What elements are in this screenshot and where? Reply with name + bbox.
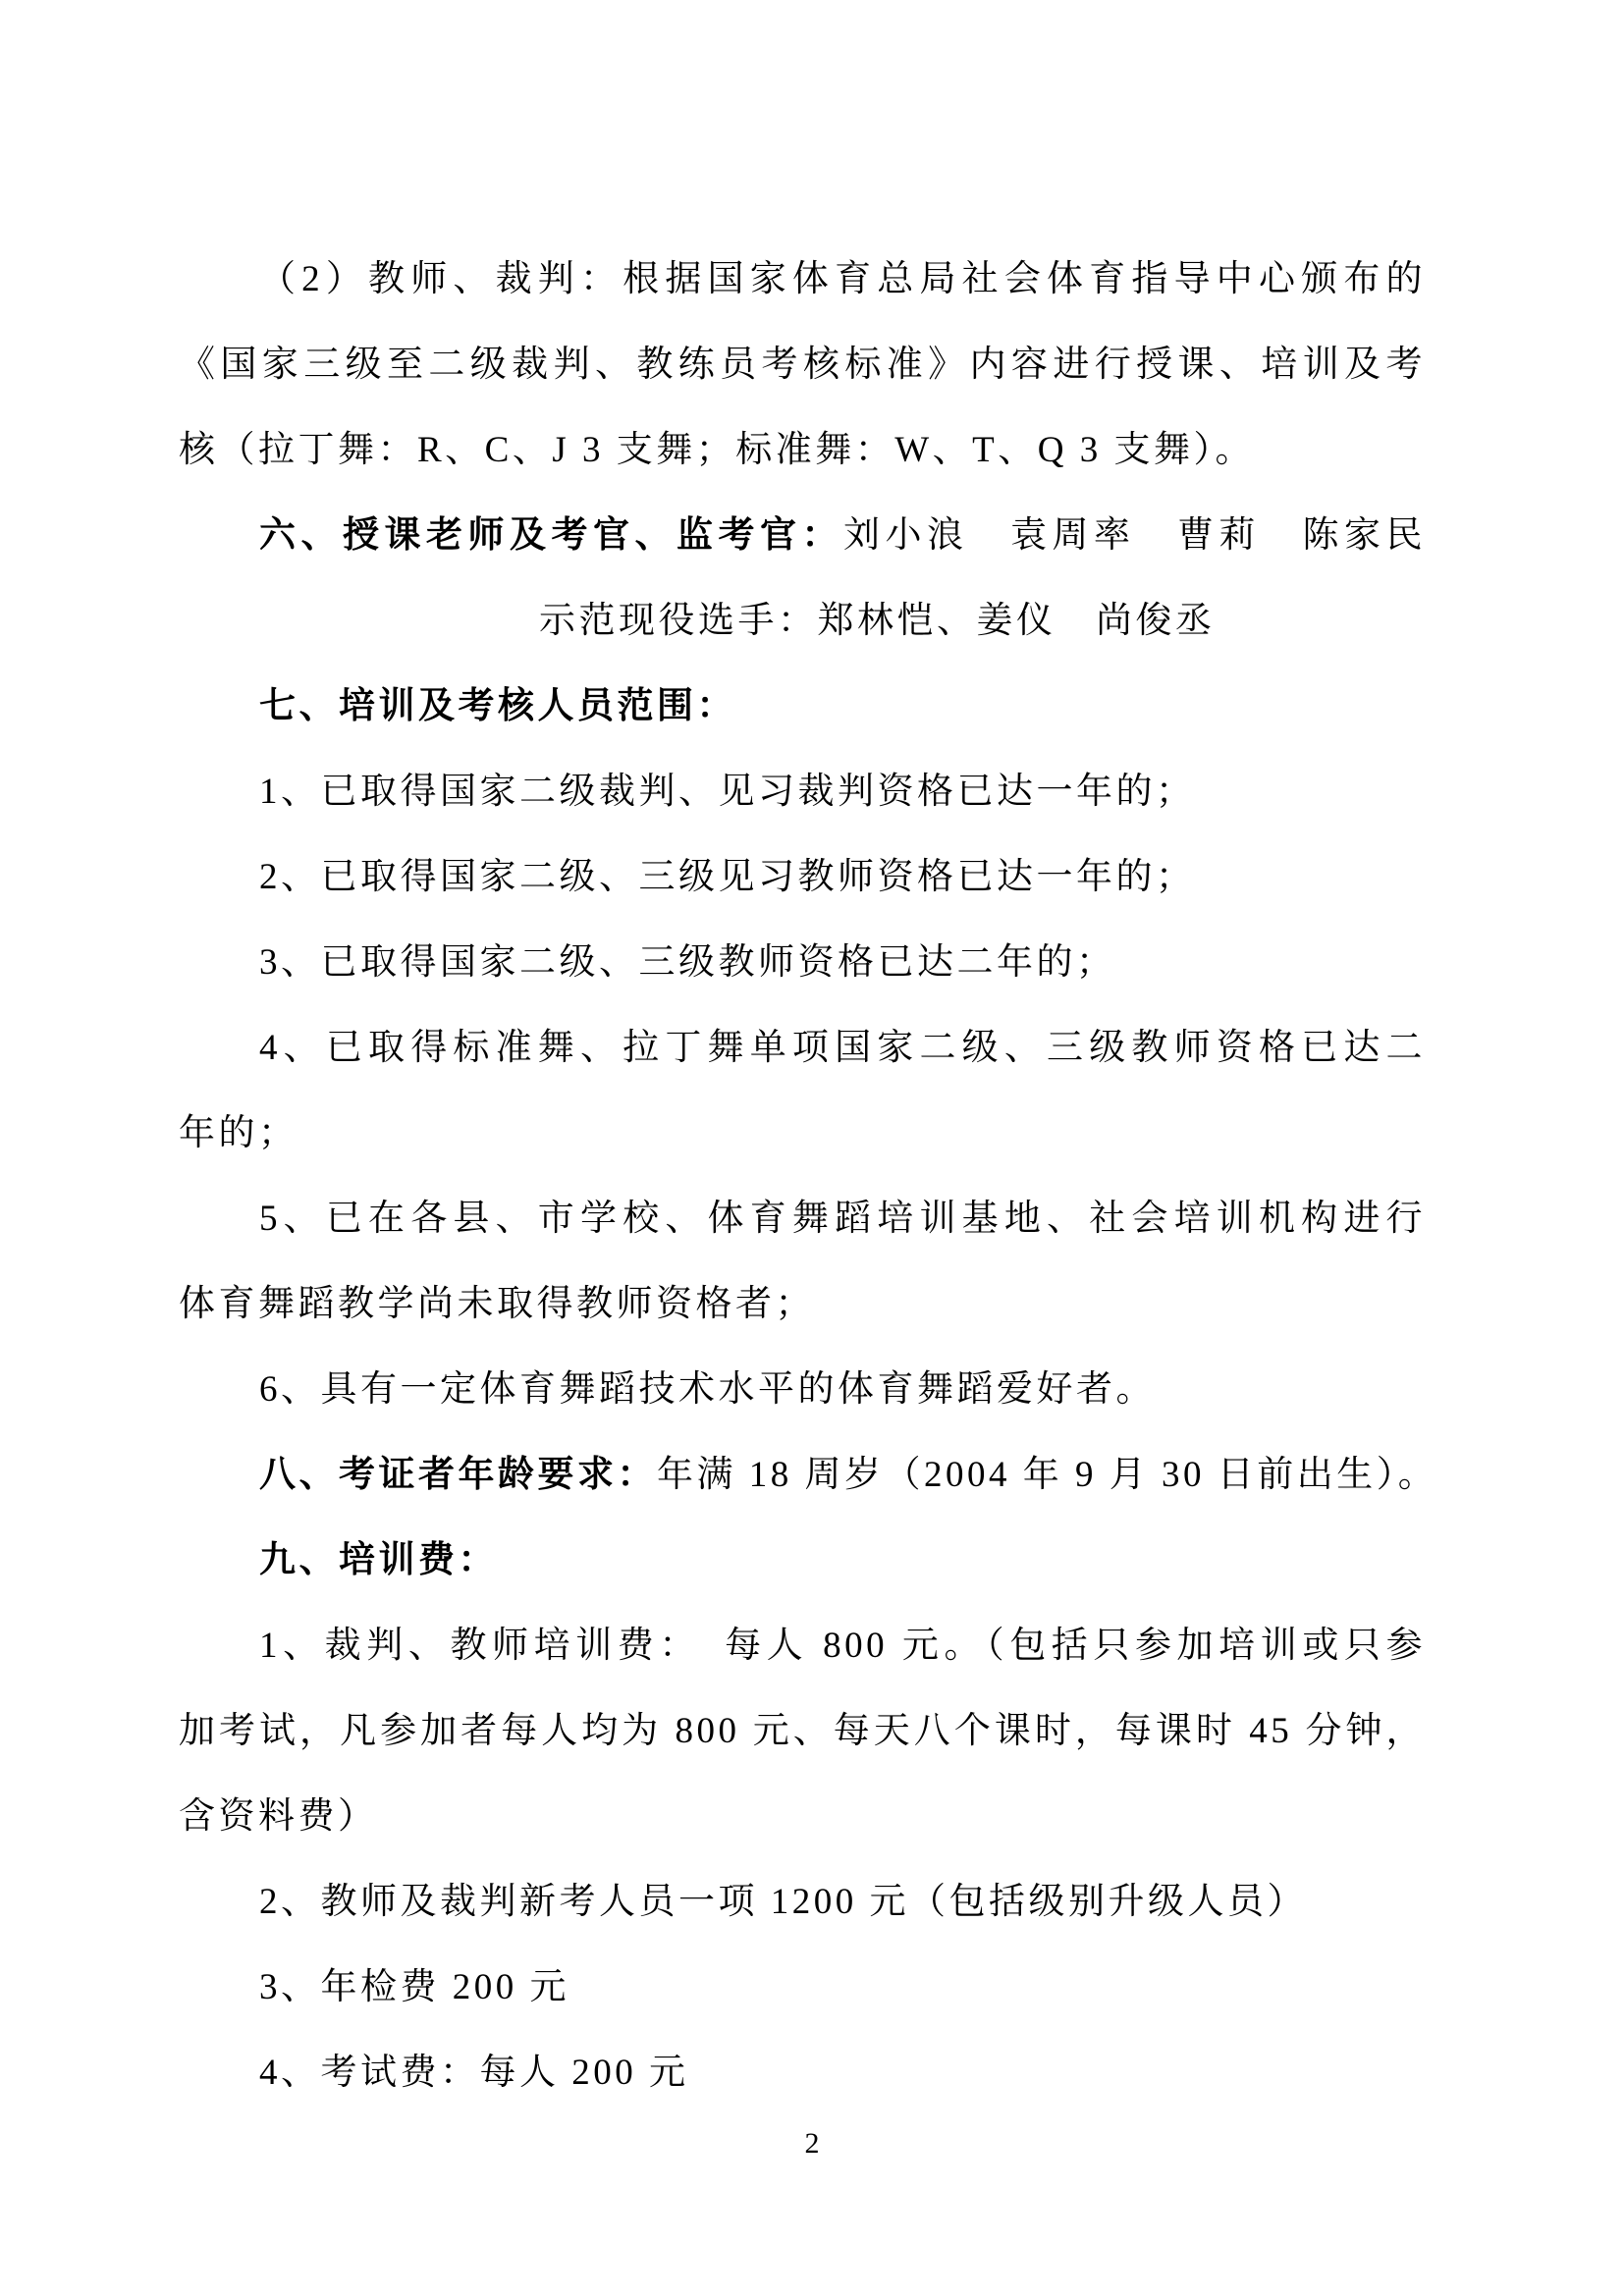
text-line: 《国家三级至二级裁判、教练员考核标准》内容进行授课、培训及考 bbox=[179, 322, 1426, 407]
text-run: 年的； bbox=[179, 1113, 298, 1153]
text-run: 6、具有一定体育舞蹈技术水平的体育舞蹈爱好者。 bbox=[259, 1369, 1156, 1410]
text-run: 加考试，凡参加者每人均为 800 元、每天八个课时，每课时 45 分钟， bbox=[179, 1711, 1426, 1751]
page-footer: 2 bbox=[0, 2122, 1624, 2165]
text-run: 2、教师及裁判新考人员一项 1200 元（包括级别升级人员） bbox=[259, 1882, 1307, 1922]
text-line: 九、培训费： bbox=[179, 1518, 1426, 1603]
text-run: 《国家三级至二级裁判、教练员考核标准》内容进行授课、培训及考 bbox=[179, 345, 1426, 385]
heading-run: 六、授课老师及考官、监考官： bbox=[259, 515, 843, 556]
text-line: 含资料费） bbox=[179, 1774, 1426, 1859]
document-body: （2）教师、裁判：根据国家体育总局社会体育指导中心颁布的《国家三级至二级裁判、教… bbox=[179, 237, 1426, 2115]
text-line: 年的； bbox=[179, 1091, 1426, 1176]
text-line: 示范现役选手：郑林恺、姜仪 尚俊丞 bbox=[179, 578, 1426, 664]
text-run: 2、已取得国家二级、三级见习教师资格已达一年的； bbox=[259, 857, 1196, 897]
text-run: （2）教师、裁判：根据国家体育总局社会体育指导中心颁布的 bbox=[259, 259, 1426, 299]
text-line: 体育舞蹈教学尚未取得教师资格者； bbox=[179, 1261, 1426, 1347]
text-line: 3、已取得国家二级、三级教师资格已达二年的； bbox=[179, 920, 1426, 1005]
text-run: 5、已在各县、市学校、体育舞蹈培训基地、社会培训机构进行 bbox=[259, 1199, 1426, 1239]
text-run: 刘小浪 袁周率 曹莉 陈家民 bbox=[843, 515, 1426, 556]
text-line: 加考试，凡参加者每人均为 800 元、每天八个课时，每课时 45 分钟， bbox=[179, 1688, 1426, 1774]
heading-run: 八、考证者年龄要求： bbox=[259, 1455, 657, 1495]
text-line: 2、教师及裁判新考人员一项 1200 元（包括级别升级人员） bbox=[179, 1859, 1426, 1945]
text-run: 体育舞蹈教学尚未取得教师资格者； bbox=[179, 1284, 815, 1324]
heading-run: 七、培训及考核人员范围： bbox=[259, 686, 736, 726]
text-run: 4、已取得标准舞、拉丁舞单项国家二级、三级教师资格已达二 bbox=[259, 1028, 1426, 1068]
text-line: （2）教师、裁判：根据国家体育总局社会体育指导中心颁布的 bbox=[179, 237, 1426, 322]
document-page: （2）教师、裁判：根据国家体育总局社会体育指导中心颁布的《国家三级至二级裁判、教… bbox=[0, 0, 1624, 2296]
text-run: 核（拉丁舞：R、C、J 3 支舞；标准舞：W、T、Q 3 支舞）。 bbox=[179, 430, 1255, 470]
text-line: 八、考证者年龄要求：年满 18 周岁（2004 年 9 月 30 日前出生）。 bbox=[179, 1432, 1426, 1518]
text-run: 3、已取得国家二级、三级教师资格已达二年的； bbox=[259, 942, 1116, 983]
text-run: 含资料费） bbox=[179, 1796, 378, 1837]
page-number: 2 bbox=[805, 2122, 820, 2165]
text-line: 5、已在各县、市学校、体育舞蹈培训基地、社会培训机构进行 bbox=[179, 1176, 1426, 1261]
text-line: 4、已取得标准舞、拉丁舞单项国家二级、三级教师资格已达二 bbox=[179, 1005, 1426, 1091]
text-line: 6、具有一定体育舞蹈技术水平的体育舞蹈爱好者。 bbox=[179, 1347, 1426, 1432]
text-line: 六、授课老师及考官、监考官：刘小浪 袁周率 曹莉 陈家民 bbox=[179, 493, 1426, 578]
text-line: 七、培训及考核人员范围： bbox=[179, 664, 1426, 749]
text-run: 年满 18 周岁（2004 年 9 月 30 日前出生）。 bbox=[657, 1455, 1437, 1495]
text-line: 3、年检费 200 元 bbox=[179, 1945, 1426, 2030]
text-run: 4、考试费：每人 200 元 bbox=[259, 2053, 689, 2093]
text-run: 示范现役选手：郑林恺、姜仪 尚俊丞 bbox=[539, 601, 1216, 641]
text-run: 1、已取得国家二级裁判、见习裁判资格已达一年的； bbox=[259, 772, 1196, 812]
text-run: 3、年检费 200 元 bbox=[259, 1967, 569, 2007]
text-line: 2、已取得国家二级、三级见习教师资格已达一年的； bbox=[179, 834, 1426, 920]
text-line: 4、考试费：每人 200 元 bbox=[179, 2030, 1426, 2115]
heading-run: 九、培训费： bbox=[259, 1540, 498, 1580]
text-line: 1、裁判、教师培训费： 每人 800 元。（包括只参加培训或只参 bbox=[179, 1603, 1426, 1688]
text-line: 1、已取得国家二级裁判、见习裁判资格已达一年的； bbox=[179, 749, 1426, 834]
text-run: 1、裁判、教师培训费： 每人 800 元。（包括只参加培训或只参 bbox=[259, 1626, 1426, 1666]
text-line: 核（拉丁舞：R、C、J 3 支舞；标准舞：W、T、Q 3 支舞）。 bbox=[179, 407, 1426, 493]
